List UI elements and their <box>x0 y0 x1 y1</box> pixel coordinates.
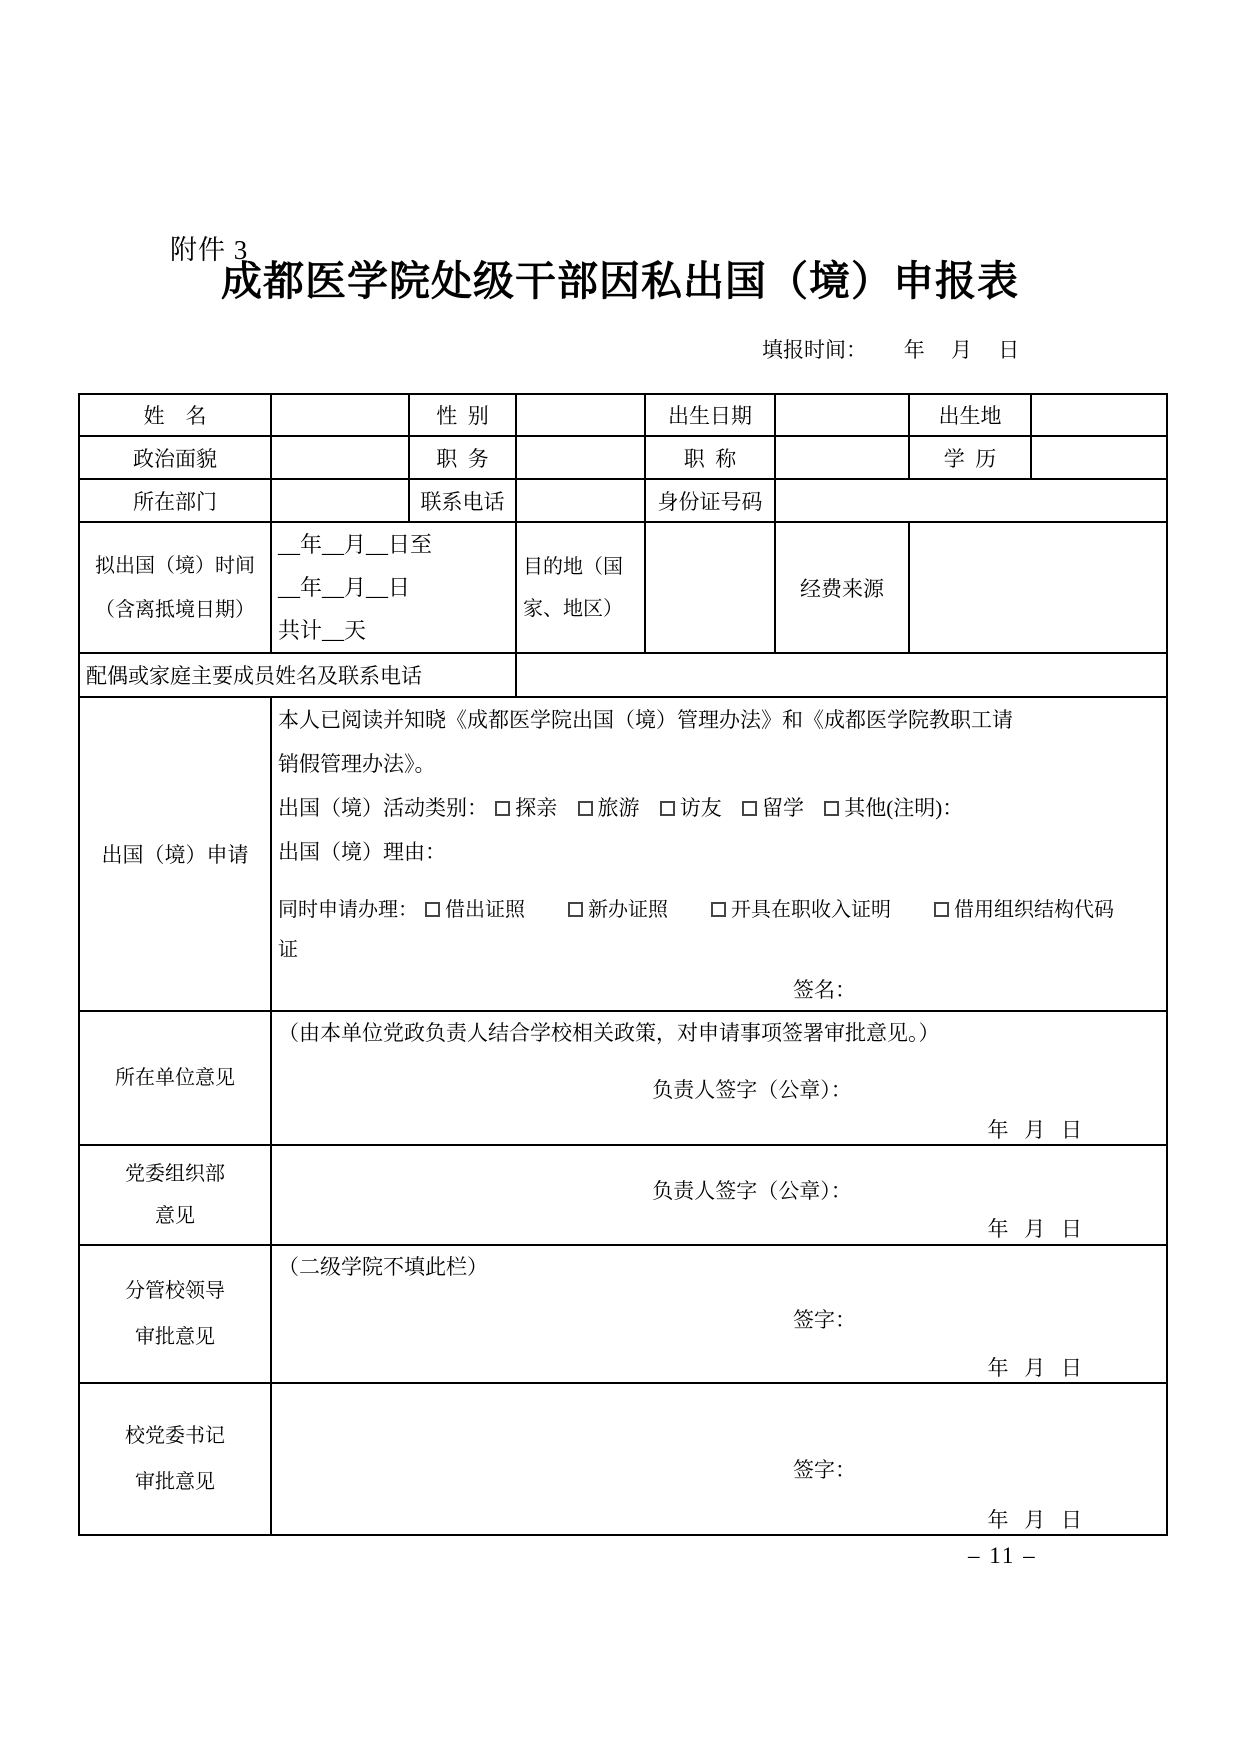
unit-opinion-content-cell: （由本单位党政负责人结合学校相关政策，对申请事项签署审批意见。） 负责人签字（公… <box>271 1011 1167 1145</box>
table-row: 所在部门 联系电话 身份证号码 <box>79 479 1167 522</box>
unit-opinion-label-cell: 所在单位意见 <box>79 1011 271 1145</box>
position-value-cell <box>516 436 645 479</box>
id-number-value-cell <box>775 479 1167 522</box>
table-row: 政治面貌 职 务 职 称 学 历 <box>79 436 1167 479</box>
checkbox-icon <box>824 801 839 816</box>
department-label-cell: 所在部门 <box>79 479 271 522</box>
activity-option-visit-relatives: 探亲 <box>493 796 557 820</box>
school-leader-opinion-content-cell: （二级学院不填此栏） 签字： 年 月 日 <box>271 1245 1167 1383</box>
table-row: 配偶或家庭主要成员姓名及联系电话 <box>79 653 1167 697</box>
travel-reason-label: 出国（境）理由： <box>278 830 1160 874</box>
destination-value-cell <box>645 522 775 653</box>
party-secretary-signature-label: 签字： <box>278 1450 1160 1490</box>
checkbox-icon <box>742 801 757 816</box>
school-leader-opinion-label-cell: 分管校领导 审批意见 <box>79 1245 271 1383</box>
party-secretary-opinion-content-cell: 签字： 年 月 日 <box>271 1383 1167 1535</box>
table-row: 拟出国（境）时间 （含离抵境日期） __年__月__日至 __年__月__日 共… <box>79 522 1167 653</box>
name-value-cell <box>271 394 409 436</box>
activity-type-label: 出国（境）活动类别： <box>278 796 488 820</box>
name-label-cell: 姓 名 <box>79 394 271 436</box>
unit-opinion-date-label: 年 月 日 <box>278 1114 1160 1144</box>
school-leader-note: （二级学院不填此栏） <box>278 1250 1160 1284</box>
checkbox-icon <box>425 902 440 917</box>
job-title-value-cell <box>775 436 909 479</box>
org-dept-opinion-label-cell: 党委组织部 意见 <box>79 1145 271 1245</box>
org-dept-opinion-content-cell: 负责人签字（公章）： 年 月 日 <box>271 1145 1167 1245</box>
position-label-cell: 职 务 <box>409 436 516 479</box>
simultaneous-apply-label: 同时申请办理： <box>278 899 418 921</box>
birth-place-label-cell: 出生地 <box>909 394 1031 436</box>
birth-date-label-cell: 出生日期 <box>645 394 775 436</box>
checkbox-icon <box>711 902 726 917</box>
school-leader-date-label: 年 月 日 <box>278 1352 1160 1382</box>
page-number: – 11 – <box>968 1543 1037 1569</box>
phone-value-cell <box>516 479 645 522</box>
applicant-signature-label: 签名： <box>278 970 1160 1010</box>
family-members-label-cell: 配偶或家庭主要成员姓名及联系电话 <box>79 653 516 697</box>
table-row: 党委组织部 意见 负责人签字（公章）： 年 月 日 <box>79 1145 1167 1245</box>
checkbox-icon <box>568 902 583 917</box>
application-form-table: 姓 名 性 别 出生日期 出生地 政治面貌 职 务 职 称 学 历 <box>78 393 1168 1536</box>
table-row: 分管校领导 审批意见 （二级学院不填此栏） 签字： 年 月 日 <box>79 1245 1167 1383</box>
education-label-cell: 学 历 <box>909 436 1031 479</box>
apply-option-label: 新办证照 <box>588 899 668 921</box>
activity-option-study-abroad: 留学 <box>740 796 804 820</box>
activity-option-label: 留学 <box>762 796 804 820</box>
table-row: 校党委书记 审批意见 签字： 年 月 日 <box>79 1383 1167 1535</box>
activity-type-line: 出国（境）活动类别： 探亲 旅游 访友 留学 其他(注明)： <box>278 786 1160 830</box>
travel-time-label-cell: 拟出国（境）时间 （含离抵境日期） <box>79 522 271 653</box>
birth-place-value-cell <box>1031 394 1167 436</box>
id-number-label-cell: 身份证号码 <box>645 479 775 522</box>
phone-label-cell: 联系电话 <box>409 479 516 522</box>
apply-option-label: 开具在职收入证明 <box>731 899 891 921</box>
activity-option-label: 旅游 <box>598 796 640 820</box>
travel-dates-cell: __年__月__日至 __年__月__日 共计__天 <box>271 522 516 653</box>
activity-option-label: 其他(注明)： <box>844 796 963 820</box>
org-dept-date-label: 年 月 日 <box>278 1213 1160 1243</box>
political-status-label-cell: 政治面貌 <box>79 436 271 479</box>
party-secretary-date-label: 年 月 日 <box>278 1504 1160 1534</box>
page-title: 成都医学院处级干部因私出国（境）申报表 <box>0 248 1240 307</box>
activity-option-other: 其他(注明)： <box>822 796 963 820</box>
birth-date-value-cell <box>775 394 909 436</box>
party-secretary-opinion-label-cell: 校党委书记 审批意见 <box>79 1383 271 1535</box>
fill-time-line: 填报时间： 年 月 日 <box>762 334 1019 364</box>
education-value-cell <box>1031 436 1167 479</box>
table-row: 姓 名 性 别 出生日期 出生地 <box>79 394 1167 436</box>
job-title-label-cell: 职 称 <box>645 436 775 479</box>
political-status-value-cell <box>271 436 409 479</box>
read-notice-text: 本人已阅读并知晓《成都医学院出国（境）管理办法》和《成都医学院教职工请 销假管理… <box>278 698 1160 786</box>
checkbox-icon <box>660 801 675 816</box>
activity-option-label: 探亲 <box>515 796 557 820</box>
department-value-cell <box>271 479 409 522</box>
funding-source-label-cell: 经费来源 <box>775 522 909 653</box>
activity-option-label: 访友 <box>680 796 722 820</box>
family-members-value-cell <box>516 653 1167 697</box>
school-leader-signature-label: 签字： <box>278 1300 1160 1340</box>
apply-option-label: 借出证照 <box>445 899 525 921</box>
funding-source-value-cell <box>909 522 1167 653</box>
application-content-cell: 本人已阅读并知晓《成都医学院出国（境）管理办法》和《成都医学院教职工请 销假管理… <box>271 697 1167 1011</box>
document-page: 附件 3 成都医学院处级干部因私出国（境）申报表 填报时间： 年 月 日 姓 名… <box>0 0 1240 1754</box>
apply-option-borrow-passport: 借出证照 <box>423 899 525 921</box>
apply-option-income-certificate: 开具在职收入证明 <box>709 899 891 921</box>
gender-label-cell: 性 别 <box>409 394 516 436</box>
checkbox-icon <box>495 801 510 816</box>
activity-option-visit-friends: 访友 <box>658 796 722 820</box>
simultaneous-apply-line: 同时申请办理： 借出证照 新办证照 开具在职收入证明 借用组织结构代码证 <box>278 890 1160 970</box>
apply-option-new-passport: 新办证照 <box>566 899 668 921</box>
gender-value-cell <box>516 394 645 436</box>
destination-label-cell: 目的地（国 家、地区） <box>516 522 645 653</box>
activity-option-travel: 旅游 <box>576 796 640 820</box>
checkbox-icon <box>578 801 593 816</box>
unit-leader-signature-label: 负责人签字（公章）： <box>278 1074 1160 1104</box>
unit-opinion-note: （由本单位党政负责人结合学校相关政策，对申请事项签署审批意见。） <box>278 1016 1160 1050</box>
org-dept-signature-label: 负责人签字（公章）： <box>278 1175 1160 1205</box>
checkbox-icon <box>934 902 949 917</box>
application-label-cell: 出国（境）申请 <box>79 697 271 1011</box>
table-row: 出国（境）申请 本人已阅读并知晓《成都医学院出国（境）管理办法》和《成都医学院教… <box>79 697 1167 1011</box>
table-row: 所在单位意见 （由本单位党政负责人结合学校相关政策，对申请事项签署审批意见。） … <box>79 1011 1167 1145</box>
